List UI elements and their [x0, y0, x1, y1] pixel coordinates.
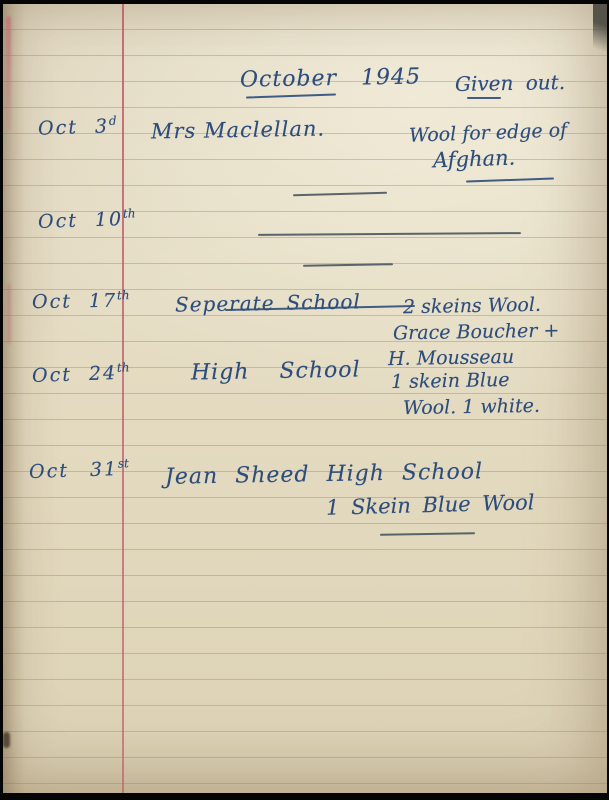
entry-name: High School — [191, 358, 361, 386]
page-corner-shadow — [593, 4, 607, 62]
entry-date-suffix: th — [123, 206, 136, 220]
binding-red-smudge — [6, 16, 11, 131]
binding-red-smudge — [7, 284, 11, 344]
entry-note: 1 skein Blue — [391, 369, 510, 393]
header-year: 1945 — [361, 64, 421, 90]
entry-date-text: Oct 3 — [38, 115, 110, 139]
entry-date: Oct 17th — [32, 288, 130, 313]
entry-date-text: Oct 17 — [32, 290, 117, 313]
entry-date: Oct 3d — [38, 114, 117, 140]
entry-name-part: Seperate — [175, 291, 275, 317]
scan-background: October 1945 Given out. Oct 3d Mrs Macle… — [0, 0, 609, 800]
entry-date: Oct 24th — [32, 360, 130, 387]
entry-date: Oct 10th — [38, 206, 136, 233]
entry-note: H. Mousseau — [388, 346, 514, 370]
underline-stroke — [467, 97, 501, 99]
entry-note: 2 skeins Wool. — [403, 294, 541, 318]
header-given-out: Given out. — [455, 70, 565, 96]
entry-date-suffix: d — [109, 114, 117, 128]
entry-note: Wool. 1 white. — [403, 395, 540, 419]
entry-date-suffix: th — [117, 360, 130, 374]
entry-date-suffix: th — [117, 288, 130, 302]
entry-date-text: Oct 24 — [32, 362, 118, 387]
entry-date-text: Oct 10 — [38, 208, 124, 233]
entry-note: Afghan. — [433, 146, 516, 173]
entry-date: Oct 31st — [29, 456, 130, 483]
entry-note: Grace Boucher + — [393, 320, 560, 345]
header-month: October — [240, 66, 337, 93]
notebook-page: October 1945 Given out. Oct 3d Mrs Macle… — [3, 4, 607, 793]
edge-dark-mark — [3, 732, 10, 748]
entry-name: Mrs Maclellan. — [151, 116, 325, 143]
red-margin-line — [122, 4, 124, 793]
entry-date-suffix: st — [118, 456, 129, 470]
header-date: October 1945 — [240, 64, 421, 92]
entry-name: SeperateSchool — [175, 289, 361, 316]
entry-date-text: Oct 31 — [29, 458, 119, 483]
entry-name-struck: School — [286, 289, 361, 314]
